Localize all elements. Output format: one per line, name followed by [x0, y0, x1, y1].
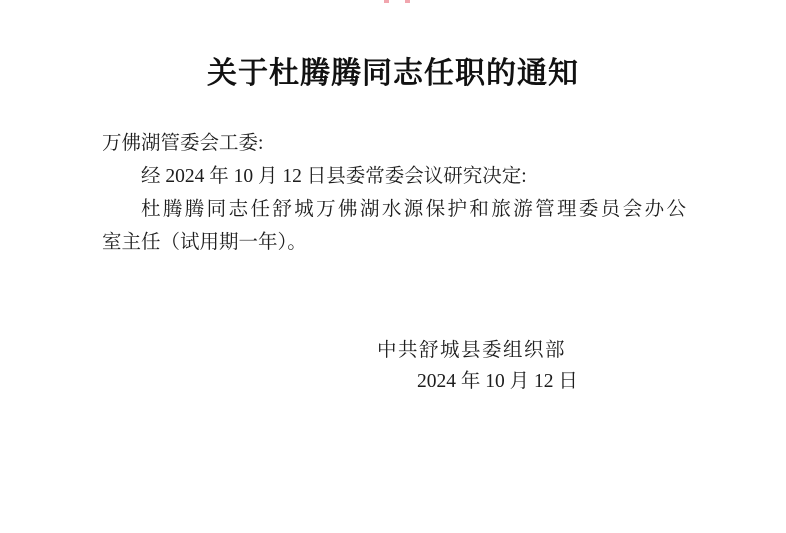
document-page: 关于杜腾腾同志任职的通知 万佛湖管委会工委: 经 2024 年 10 月 12 …	[0, 0, 786, 533]
salutation-line: 万佛湖管委会工委:	[102, 127, 686, 160]
red-header-remnant-icon	[384, 0, 389, 3]
signature-organization: 中共舒城县委组织部	[377, 334, 566, 362]
body-line: 经 2024 年 10 月 12 日县委常委会议研究决定:	[102, 160, 686, 193]
signature-date: 2024 年 10 月 12 日	[417, 365, 578, 393]
red-header-remnant-icon	[405, 0, 410, 3]
document-body: 万佛湖管委会工委: 经 2024 年 10 月 12 日县委常委会议研究决定: …	[102, 127, 686, 259]
document-title: 关于杜腾腾同志任职的通知	[0, 48, 786, 92]
body-line: 室主任（试用期一年）。	[102, 226, 686, 259]
body-line: 杜腾腾同志任舒城万佛湖水源保护和旅游管理委员会办公	[102, 193, 686, 226]
